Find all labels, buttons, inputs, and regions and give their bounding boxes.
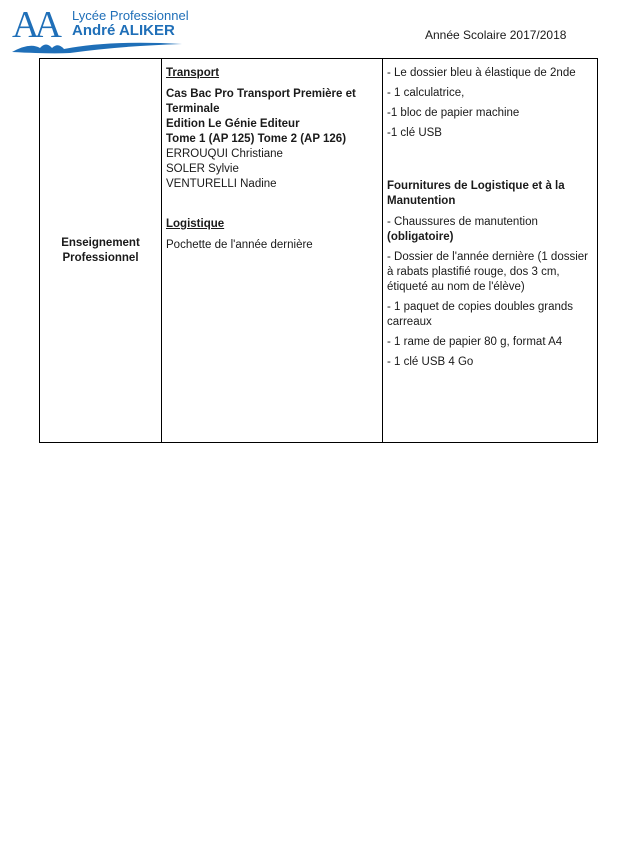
supplies-table: Enseignement Professionnel Transport Cas…: [39, 58, 598, 443]
school-year: Année Scolaire 2017/2018: [425, 28, 566, 42]
supply-item: - 1 paquet de copies doubles grands carr…: [387, 300, 593, 330]
logistique-heading: Logistique: [166, 217, 378, 232]
supply-item: - Chaussures de manutention (obligatoire…: [387, 215, 593, 245]
book-title: Cas Bac Pro Transport Première et Termin…: [166, 87, 378, 117]
subject-cell: Enseignement Professionnel: [40, 59, 162, 443]
subject-line: Enseignement: [44, 236, 157, 251]
table-row: Enseignement Professionnel Transport Cas…: [40, 59, 598, 443]
subject-line: Professionnel: [44, 251, 157, 266]
logistique-text: Pochette de l'année dernière: [166, 238, 378, 253]
supply-item-required: (obligatoire): [387, 231, 453, 243]
supply-item: - 1 rame de papier 80 g, format A4: [387, 335, 593, 350]
school-logo: AA Lycée Professionnel André ALIKER: [10, 6, 185, 56]
book-author: SOLER Sylvie: [166, 162, 378, 177]
logo-line2: André ALIKER: [72, 22, 175, 39]
supply-item: -1 bloc de papier machine: [387, 106, 593, 121]
book-volumes: Tome 1 (AP 125) Tome 2 (AP 126): [166, 132, 378, 147]
supply-item-text: - Chaussures de manutention: [387, 216, 538, 228]
book-author: ERROUQUI Christiane: [166, 147, 378, 162]
logo-line1: Lycée Professionnel: [72, 9, 189, 23]
wave-icon: [10, 38, 185, 56]
book-author: VENTURELLI Nadine: [166, 177, 378, 192]
book-publisher: Edition Le Génie Editeur: [166, 117, 378, 132]
supply-item: - 1 clé USB 4 Go: [387, 355, 593, 370]
manuals-cell: Transport Cas Bac Pro Transport Première…: [162, 59, 383, 443]
supply-item: - Dossier de l'année dernière (1 dossier…: [387, 250, 593, 295]
transport-heading: Transport: [166, 66, 378, 81]
supplies-cell: - Le dossier bleu à élastique de 2nde - …: [383, 59, 598, 443]
logistique-supplies-heading: Fournitures de Logistique et à la Manute…: [387, 179, 593, 209]
supply-item: - 1 calculatrice,: [387, 86, 593, 101]
supply-item: - Le dossier bleu à élastique de 2nde: [387, 66, 593, 81]
supply-item: -1 clé USB: [387, 126, 593, 141]
